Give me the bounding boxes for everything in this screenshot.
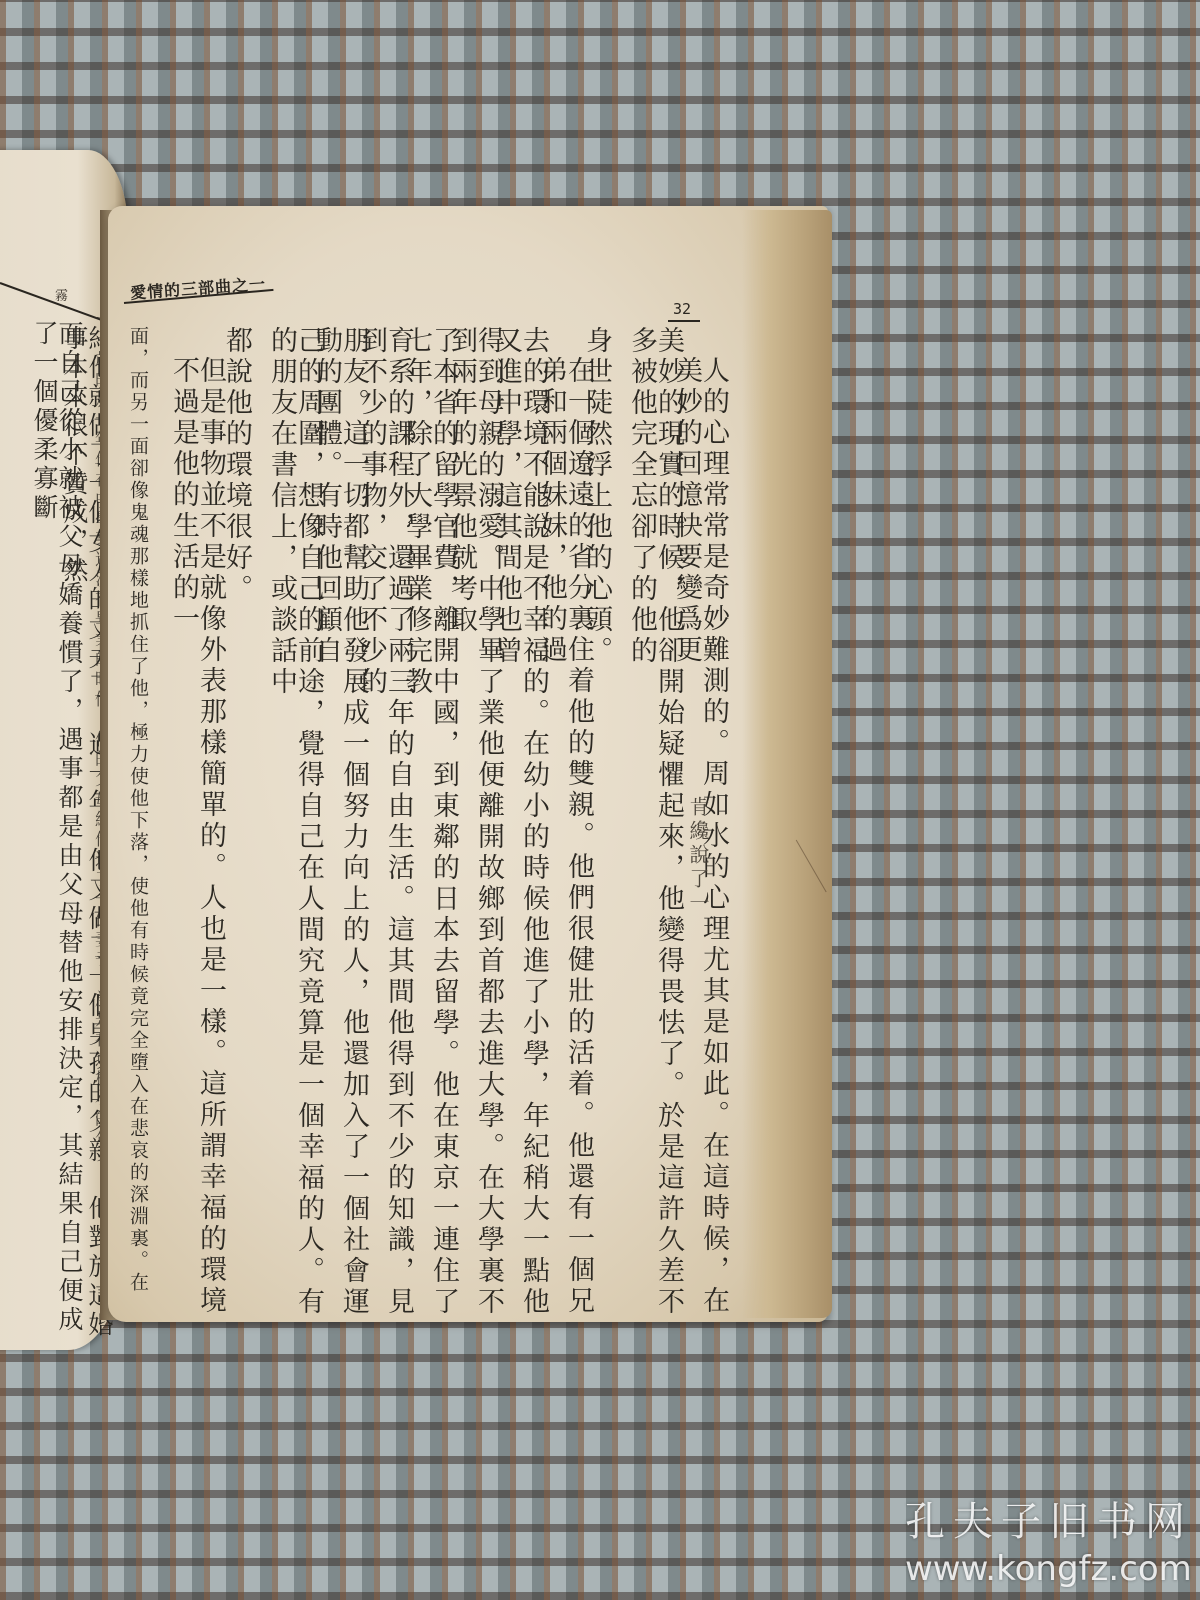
text-column: 面，而另一面卻像鬼魂那樣地抓住了他，極力使他下落，使他有時候竟完全墮入在悲哀的深… (128, 326, 147, 1294)
page-edge-stack (742, 210, 832, 1318)
marginal-note: 肯纔說了一 (688, 796, 708, 916)
text-column: 都說他的環境很好。 (223, 326, 250, 605)
watermark: 孔夫子旧书网 www.kongfz.com (905, 1490, 1193, 1589)
watermark-chinese: 孔夫子旧书网 (905, 1490, 1193, 1547)
text-column: 己的周圍，想像自己的前途，覺得自己在人間究竟算是一個幸福的人。有的朋友在書信上，… (268, 326, 322, 1322)
text-column: 美妙的現實的時候，他卻開始疑懼起來，他變得畏怯了。於是這許久差不多被他完全忘卻了… (628, 326, 682, 1322)
running-head: 愛情的三部曲之一 (129, 271, 266, 303)
page-number: 32 (673, 300, 691, 318)
left-running-head: 霧 (55, 285, 68, 304)
left-text-column: 而自己從小就被父母嬌養慣了，遇事都是由父母替他安排決定，其結果自己便成了一個優柔… (32, 320, 82, 1350)
watermark-url: www.kongfz.com (905, 1549, 1193, 1589)
page-number-rule (668, 320, 700, 322)
text-column: 但是事物並不是就像外表那樣簡單的。人也是一樣。這所謂幸福的環境不過是他的生活的一 (170, 356, 224, 1322)
right-book-page: 愛情的三部曲之一 32 人的心理常常是奇妙難測的。周如水的心理尤其是如此。在這時… (108, 206, 828, 1322)
